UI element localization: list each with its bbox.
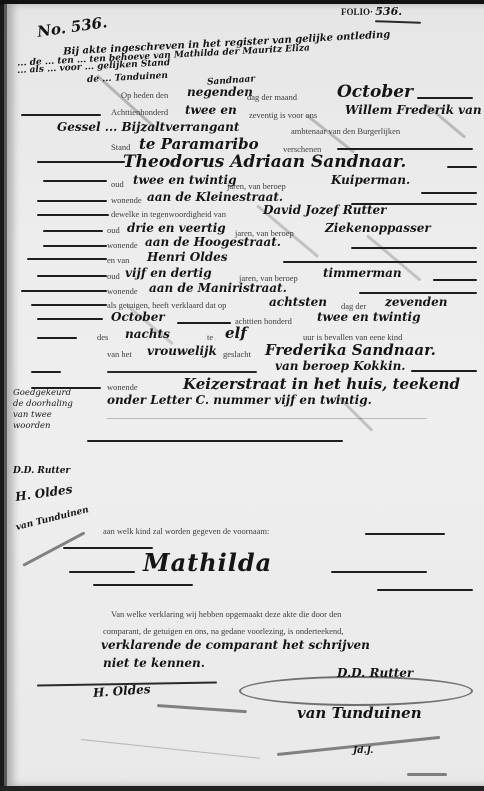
fill-rule — [87, 440, 343, 442]
hand-witness1-address: aan de Hoogestraat. — [145, 235, 281, 249]
signature-flourish — [157, 704, 247, 713]
hand-declarant-address: aan de Kleinestraat. — [147, 190, 283, 204]
fill-rule — [43, 245, 107, 247]
hand-closing-2: niet te kennen. — [103, 656, 205, 670]
folio-underline — [375, 20, 421, 23]
fill-rule — [69, 571, 135, 573]
printed-ambtenaar: ambtenaar van den Burgerlijken — [291, 126, 400, 136]
signature-right-tunduinen: van Tunduinen — [297, 704, 422, 722]
fill-rule — [377, 589, 473, 591]
hand-mother-address: Keizerstraat in het huis, teekend — [183, 375, 460, 393]
fill-rule — [37, 275, 107, 277]
fill-rule — [107, 371, 257, 373]
printed-oud: oud — [111, 179, 124, 189]
hand-mother-address-cont: onder Letter C. nummer vijf en twintig. — [107, 393, 372, 407]
printed-wonende-2: wonende — [107, 240, 138, 250]
hand-witness1-occupation: Ziekenoppasser — [325, 221, 431, 235]
fill-rule — [411, 370, 477, 372]
fill-rule — [21, 290, 107, 292]
fill-rule — [37, 214, 109, 216]
printed-closing-2: comparant, de getuigen en ons, na gedane… — [103, 626, 344, 636]
paraph: Jd.J. — [353, 746, 373, 756]
ink-mark — [407, 773, 447, 776]
margin-initials-rutter: D.D. Rutter — [13, 466, 70, 476]
margin-note: Goedgekeurd de doorhaling van twee woord… — [13, 388, 73, 432]
printed-oud-2: oud — [107, 225, 120, 235]
fill-rule — [177, 322, 231, 324]
signature-right-rutter: D.D. Rutter — [337, 666, 413, 680]
faded-line — [81, 739, 260, 759]
printed-des: des — [97, 332, 108, 342]
fill-rule — [447, 166, 477, 168]
printed-wonende-4: wonende — [107, 382, 138, 392]
printed-oud-3: oud — [107, 271, 120, 281]
printed-stand: Stand — [111, 142, 130, 152]
hand-witness2-occupation: timmerman — [323, 266, 402, 280]
hand-year-part: twee en — [185, 103, 237, 117]
fill-rule — [31, 304, 107, 306]
margin-note-line: van twee — [13, 410, 73, 421]
printed-wonende-3: wonende — [107, 286, 138, 296]
printed-op-heden: Op heden den — [121, 90, 168, 100]
fill-rule — [365, 533, 445, 535]
hand-witness2-name: Henri Oldes — [147, 250, 228, 264]
hand-closing-1: verklarende de comparant het schrijven — [101, 638, 370, 652]
hand-official-name: Willem Frederik van — [345, 103, 482, 117]
printed-van-het: van het — [107, 349, 132, 359]
hand-birth-day: achtsten — [269, 295, 327, 309]
fill-rule — [359, 292, 477, 294]
printed-wonende: wonende — [111, 195, 142, 205]
fill-rule — [63, 547, 153, 549]
hand-place: te Paramaribo — [139, 135, 259, 153]
given-name: Mathilda — [143, 548, 272, 577]
hand-declarant-occupation: Kuiperman. — [331, 173, 410, 187]
printed-te: te — [207, 332, 213, 342]
hand-witness2-age: vijf en dertig — [125, 266, 212, 280]
fill-rule — [37, 318, 103, 320]
record-number: No. 536. — [36, 13, 108, 41]
margin-stroke — [22, 531, 85, 567]
fill-rule — [43, 180, 107, 182]
hand-birth-year: twee en twintig — [317, 310, 421, 324]
hand-birth-day-2: zevenden — [385, 295, 448, 309]
hand-witness1-age: drie en veertig — [127, 221, 226, 235]
signature-flourish-loop — [239, 676, 473, 706]
fill-rule — [417, 97, 473, 99]
printed-tegenwoordigheid: dewelke in tegenwoordigheid van — [111, 209, 226, 219]
margin-note-line: Goedgekeurd — [13, 388, 73, 399]
fill-rule — [93, 584, 193, 586]
fill-rule — [433, 279, 477, 281]
hand-declarant-age: twee en twintig — [133, 173, 237, 187]
printed-closing-1: Van welke verklaring wij hebben opgemaak… — [111, 609, 341, 619]
hand-day: negenden — [187, 85, 253, 99]
margin-initials-tunduinen: van Tunduinen — [15, 505, 90, 533]
scan-bottom-edge — [0, 786, 484, 791]
hand-declarant-name: Theodorus Adriaan Sandnaar. — [123, 152, 406, 172]
margin-initials-oldes: H. Oldes — [14, 482, 73, 504]
fill-rule — [21, 114, 101, 116]
hand-witness1-name: David Jozef Rutter — [263, 203, 387, 217]
faded-line — [107, 418, 427, 419]
fill-rule — [37, 337, 77, 339]
hand-sex: vrouwelijk — [147, 344, 217, 358]
fill-rule — [283, 261, 477, 263]
printed-als-getuigen: als getuigen, heeft verklaard dat op — [107, 300, 226, 310]
fill-rule — [43, 230, 103, 232]
hand-hour: elf — [225, 324, 247, 342]
fill-rule — [351, 247, 477, 249]
hand-witness2-address: aan de Maniristraat. — [149, 281, 287, 295]
fill-rule — [37, 161, 125, 163]
hand-mother-occupation: van beroep Kokkin. — [275, 359, 405, 373]
fill-rule — [27, 258, 107, 260]
fill-rule — [331, 571, 427, 573]
folio-label-text: FOLIO· — [341, 7, 373, 17]
fill-rule — [421, 192, 477, 194]
margin-note-line: woorden — [13, 421, 73, 432]
printed-dag-der-maand: dag der maand — [247, 92, 297, 102]
printed-en-van: en van — [107, 255, 129, 265]
fill-rule — [37, 200, 107, 202]
document-page: FOLIO· 536. No. 536. Bij akte ingeschrev… — [4, 4, 484, 786]
folio-label: FOLIO· 536. — [341, 5, 402, 18]
printed-geslacht: geslacht — [223, 349, 251, 359]
hand-mother-name: Frederika Sandnaar. — [265, 341, 436, 359]
printed-naming-line: aan welk kind zal worden gegeven de voor… — [103, 526, 269, 536]
signature-left: H. Oldes — [93, 682, 151, 700]
fill-rule — [31, 371, 61, 373]
fill-rule — [337, 148, 473, 150]
margin-note-line: de doorhaling — [13, 399, 73, 410]
folio-number: 536. — [375, 5, 402, 18]
hand-month: October — [337, 82, 413, 102]
